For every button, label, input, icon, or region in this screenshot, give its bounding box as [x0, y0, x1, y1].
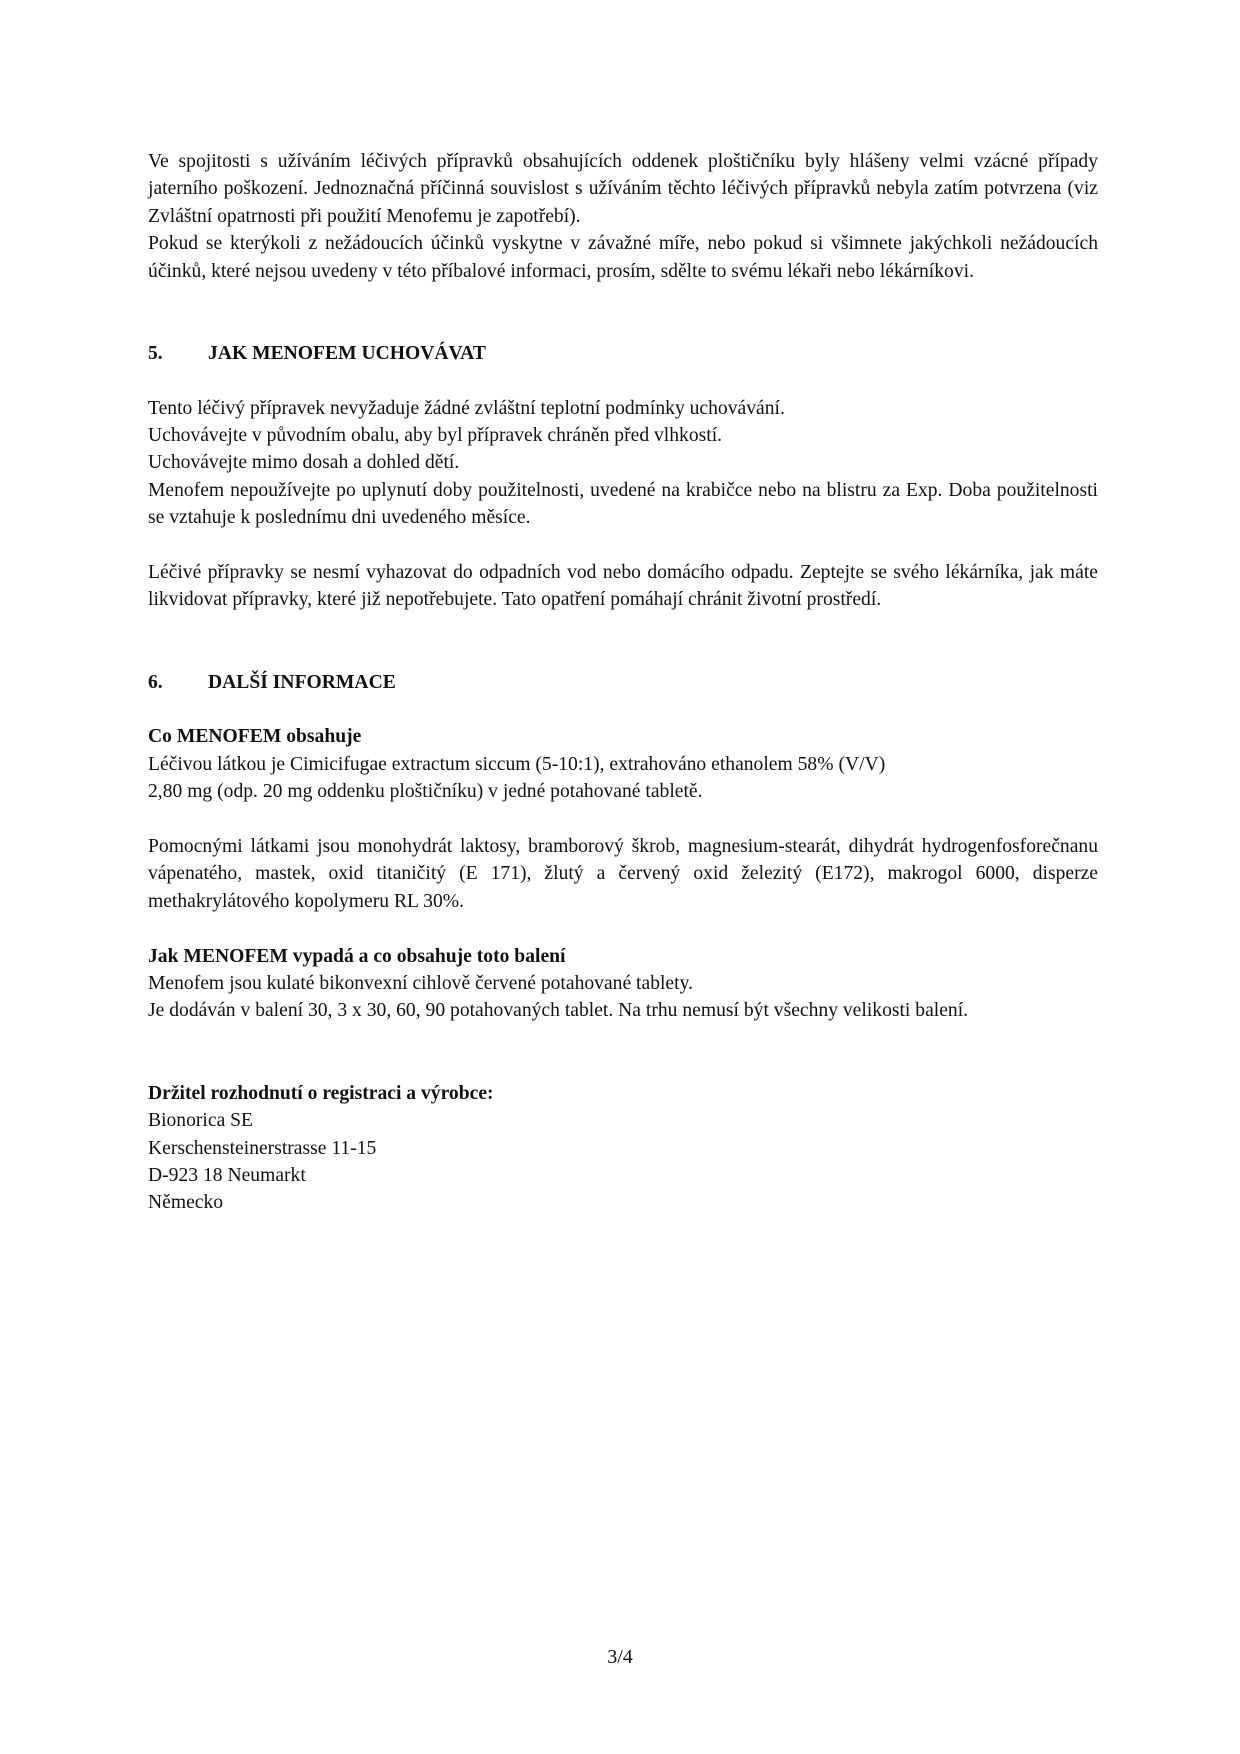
- excipients-paragraph: Pomocnými látkami jsou monohydrát laktos…: [148, 833, 1098, 915]
- holder-heading: Držitel rozhodnutí o registraci a výrobc…: [148, 1080, 1098, 1107]
- pack-sizes-line: Je dodáván v balení 30, 3 x 30, 60, 90 p…: [148, 997, 1098, 1024]
- document-page: Ve spojitosti s užíváním léčivých přípra…: [148, 148, 1098, 1217]
- active-substance-line: Léčivou látkou je Cimicifugae extractum …: [148, 751, 1098, 778]
- appearance-heading: Jak MENOFEM vypadá a co obsahuje toto ba…: [148, 943, 1098, 970]
- holder-name: Bionorica SE: [148, 1107, 1098, 1134]
- holder-city: D-923 18 Neumarkt: [148, 1162, 1098, 1189]
- report-side-effects-paragraph: Pokud se kterýkoli z nežádoucích účinků …: [148, 230, 1098, 285]
- section-5-number: 5.: [148, 340, 208, 367]
- disposal-paragraph: Léčivé přípravky se nesmí vyhazovat do o…: [148, 559, 1098, 614]
- section-5-title: JAK MENOFEM UCHOVÁVAT: [208, 340, 486, 367]
- storage-line: Uchovávejte mimo dosah a dohled dětí.: [148, 449, 1098, 476]
- holder-country: Německo: [148, 1189, 1098, 1216]
- liver-damage-paragraph: Ve spojitosti s užíváním léčivých přípra…: [148, 148, 1098, 230]
- section-6-number: 6.: [148, 669, 208, 696]
- appearance-line: Menofem jsou kulaté bikonvexní cihlově č…: [148, 970, 1098, 997]
- storage-line: Uchovávejte v původním obalu, aby byl př…: [148, 422, 1098, 449]
- section-6-title: DALŠÍ INFORMACE: [208, 669, 396, 696]
- section-6-heading: 6. DALŠÍ INFORMACE: [148, 669, 1098, 696]
- section-5-heading: 5. JAK MENOFEM UCHOVÁVAT: [148, 340, 1098, 367]
- storage-line: Tento léčivý přípravek nevyžaduje žádné …: [148, 395, 1098, 422]
- holder-street: Kerschensteinerstrasse 11-15: [148, 1135, 1098, 1162]
- page-number: 3/4: [0, 1646, 1240, 1669]
- contents-heading: Co MENOFEM obsahuje: [148, 723, 1098, 750]
- active-substance-dose-line: 2,80 mg (odp. 20 mg oddenku ploštičníku)…: [148, 778, 1098, 805]
- storage-line: Menofem nepoužívejte po uplynutí doby po…: [148, 477, 1098, 532]
